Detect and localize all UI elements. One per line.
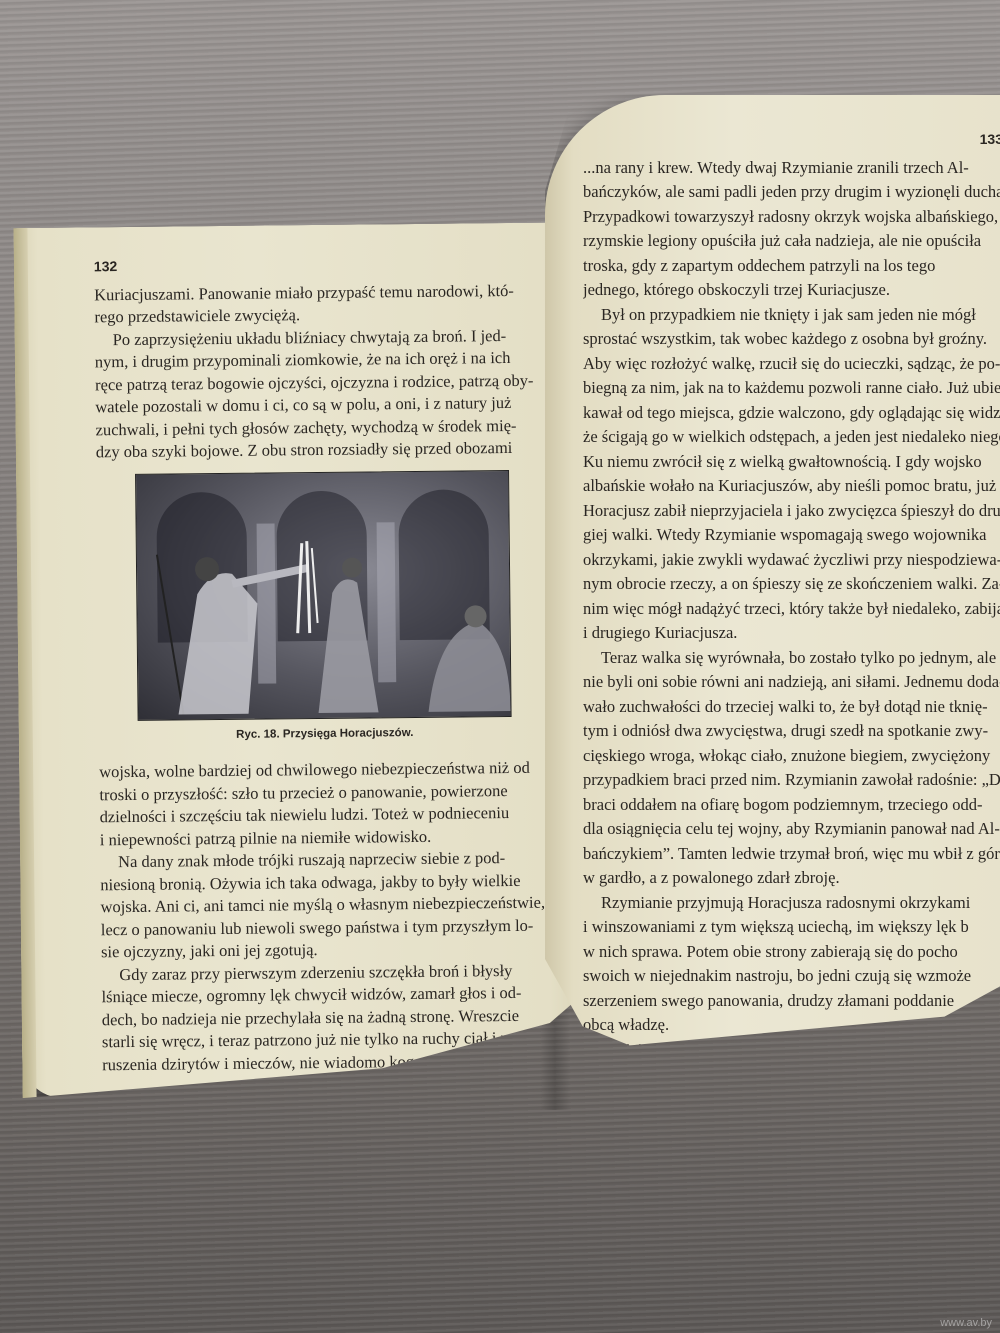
text-line: lecz o panowaniu lub niewoli swego państ… xyxy=(101,914,553,941)
page-number-right: 133 xyxy=(583,127,1000,152)
paragraph: Po zaprzysiężeniu układu bliźniacy chwyt… xyxy=(95,324,548,464)
text-line: rzymskie legiony opuściła już cała nadzi… xyxy=(583,229,1000,254)
text-line: Był on przypadkiem nie tknięty i jak sam… xyxy=(583,303,1000,328)
text-line: dla osiągnięcia celu tej wojny, aby Rzym… xyxy=(583,817,1000,842)
text-line: ruszenia dzirytów i mieczów, nie wiadomo… xyxy=(102,1049,554,1076)
text-line: w nich sprawa. Potem obie strony zabiera… xyxy=(583,940,1000,965)
text-line: Rzymianie przyjmują Horacjusza radosnymi… xyxy=(583,891,1000,916)
text-line: jednego, którego obskoczyli trzej Kuriac… xyxy=(583,278,1000,303)
text-line: Rzymu, oddalone od siebie, jak właśnie w… xyxy=(583,1087,1000,1112)
text-line: Istnieją jeszcze groby w miejscach, gdzi… xyxy=(583,1038,1000,1063)
text-line: sprostać wszystkim, tak wobec każdego z … xyxy=(583,327,1000,352)
illustration-oath-of-horatii xyxy=(135,469,512,720)
text-line: okrzykami, jakie zwykli wydawać życzliwi… xyxy=(583,548,1000,573)
text-line: Aby więc rozłożyć walkę, rzucił się do u… xyxy=(583,352,1000,377)
right-page-content: 133 ...na rany i krew. Wtedy dwaj Rzymia… xyxy=(583,127,1000,1160)
watermark: www.av.by xyxy=(940,1317,992,1329)
text-line: albańskie wołało na Kuriacjuszów, aby ni… xyxy=(583,474,1000,499)
paragraph: Kuriacjuszami. Panowanie miało przypaść … xyxy=(94,279,546,329)
text-line: i winszowaniami z tym większą uciechą, i… xyxy=(583,915,1000,940)
text-line: nie byli oni sobie równi ani nadzieją, a… xyxy=(583,670,1000,695)
text-line: biegną za nim, jak na to każdemu pozwoli… xyxy=(583,376,1000,401)
text-line: dzy oba szyki bojowe. Z obu stron rozsia… xyxy=(96,437,548,464)
page-edge xyxy=(13,228,36,1098)
text-line: giej walki. Wtedy Rzymianie wspomagają s… xyxy=(583,523,1000,548)
text-line: Teraz walka się wyrównała, bo zostało ty… xyxy=(583,646,1000,671)
text-line: dzielności i szczęściu tak niewielu ludz… xyxy=(100,802,552,829)
right-page-text: ...na rany i krew. Wtedy dwaj Rzymianie … xyxy=(583,156,1000,1161)
text-line: przypadkiem braci przed nim. Rzymianin z… xyxy=(583,768,1000,793)
figures-icon xyxy=(136,470,511,719)
text-line: wało zuchwałości do trzeciej walki to, ż… xyxy=(583,695,1000,720)
text-line: szerzeniem swego panowania, drudzy złama… xyxy=(583,989,1000,1014)
text-line: w gardło, a z powalonego zdarł zbroję. xyxy=(583,866,1000,891)
text-line: kawał od tego miejsca, gdzie walczono, g… xyxy=(583,401,1000,426)
text-line: z trzema zdobytymi zbrojami. Spotkała go… xyxy=(583,1136,1000,1161)
text-line: bańczykiem”. Tamten ledwie trzymał broń,… xyxy=(583,842,1000,867)
text-line: Przypadkowi towarzyszył radosny okrzyk w… xyxy=(583,205,1000,230)
text-line: rzymskie w jednym miejscu bliżej Alby, t… xyxy=(583,1062,1000,1087)
paragraph: Na dany znak młode trójki ruszają naprze… xyxy=(100,847,553,964)
text-line: braci oddałem na ofiarę bogom podziemnym… xyxy=(583,793,1000,818)
text-line: Horacjusz zabił nieprzyjaciela i jako zw… xyxy=(583,499,1000,524)
text-line: że ścigają go w wielkich odstępach, a je… xyxy=(583,425,1000,450)
text-line: Kuriacjuszami. Panowanie miało przypaść … xyxy=(94,279,546,306)
left-page-content: 132 Kuriacjuszami. Panowanie miało przyp… xyxy=(94,251,555,1077)
text-line: nim więc mógł nadążyć trzeci, który takż… xyxy=(583,597,1000,622)
text-line: swoich w niejednakim nastroju, bo jedni … xyxy=(583,964,1000,989)
text-line: Wojska się rozeszły, a na czele rzymskie… xyxy=(583,1111,1000,1136)
text-line: nym obrocie rzeczy, a on śpieszy się ze … xyxy=(583,572,1000,597)
text-line: tym i odniósł dwa zwycięstwa, drugi szed… xyxy=(583,719,1000,744)
paragraph: Gdy zaraz przy pierwszym zderzeniu szczę… xyxy=(101,959,554,1076)
text-line: Ku niemu zwrócił się z wielką gwałtownoś… xyxy=(583,450,1000,475)
text-line: ...na rany i krew. Wtedy dwaj Rzymianie … xyxy=(583,156,1000,181)
figure-caption: Ryc. 18. Przysięga Horacjuszów. xyxy=(99,720,551,747)
text-line: starli się wręcz, i teraz patrzono już n… xyxy=(102,1027,554,1054)
text-line: i drugiego Kuriacjusza. xyxy=(583,621,1000,646)
text-line: cięskiego wroga, włokąc ciało, znużone b… xyxy=(583,744,1000,769)
text-line: obcą władzę. xyxy=(583,1013,1000,1038)
text-line: bańczyków, ale sami padli jeden przy dru… xyxy=(583,180,1000,205)
left-page: 132 Kuriacjuszami. Panowanie miało przyp… xyxy=(13,222,622,1098)
text-line: troska, gdy z zapartym oddechem patrzyli… xyxy=(583,254,1000,279)
paragraph: wojska, wolne bardziej od chwilowego nie… xyxy=(99,757,552,852)
right-page: 133 ...na rany i krew. Wtedy dwaj Rzymia… xyxy=(545,95,1000,1055)
page-number-left: 132 xyxy=(94,251,546,278)
